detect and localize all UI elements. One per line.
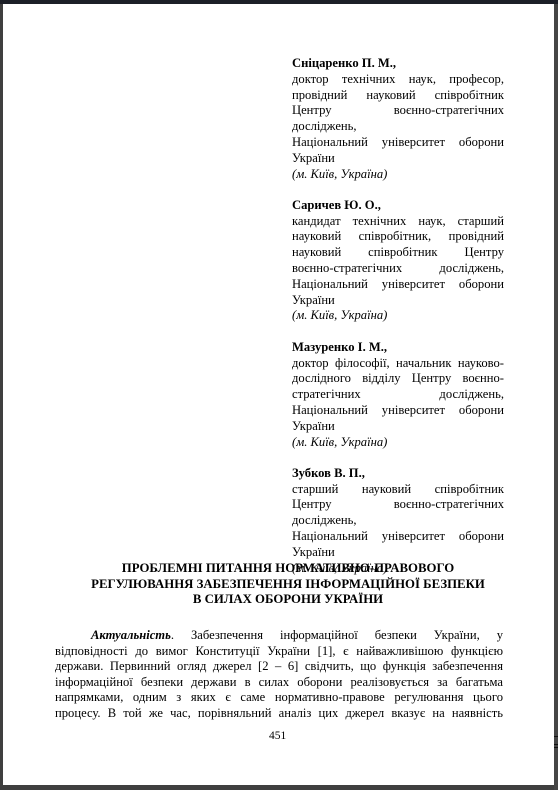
body-line: відповідності до вимог Конституції Украї…	[55, 644, 503, 660]
title-line: ПРОБЛЕМНІ ПИТАННЯ НОРМАТИВНО-ПРАВОВОГО	[63, 561, 513, 577]
author-affiliation-line: науковий співробітник, провідний	[292, 229, 504, 245]
title-line: В СИЛАХ ОБОРОНИ УКРАЇНИ	[63, 592, 513, 608]
author-location: (м. Київ, Україна)	[292, 308, 504, 324]
author-affiliation-line: України	[292, 151, 504, 167]
author-affiliation-line: стратегічних досліджень,	[292, 387, 504, 403]
author-affiliation-line: старший науковий співробітник	[292, 482, 504, 498]
author-affiliation-line: Національний університет оборони	[292, 529, 504, 545]
author-affiliation-line: Національний університет оборони	[292, 277, 504, 293]
author-affiliation-line: провідний науковий співробітник	[292, 88, 504, 104]
author-affiliation-line: доктор філософії, начальник науково-	[292, 356, 504, 372]
author-affiliation-line: України	[292, 545, 504, 561]
scroll-mark	[554, 744, 558, 745]
authors-block: Сніцаренко П. М.,доктор технічних наук, …	[292, 56, 504, 592]
document-page: Сніцаренко П. М.,доктор технічних наук, …	[3, 4, 554, 785]
author-name: Мазуренко І. М.,	[292, 340, 504, 356]
author-location: (м. Київ, Україна)	[292, 435, 504, 451]
page-number: 451	[269, 730, 286, 742]
author-entry: Сніцаренко П. М.,доктор технічних наук, …	[292, 56, 504, 182]
author-affiliation-line: Національний університет оборони	[292, 135, 504, 151]
scroll-mark	[554, 747, 558, 748]
body-line: Актуальність. Забезпечення інформаційної…	[55, 628, 503, 644]
author-name: Зубков В. П.,	[292, 466, 504, 482]
author-affiliation-line: Національний університет оборони	[292, 403, 504, 419]
author-affiliation-line: кандидат технічних наук, старший	[292, 214, 504, 230]
body-line: процесу. В той же час, порівняльний анал…	[55, 706, 503, 722]
author-entry: Зубков В. П.,старший науковий співробітн…	[292, 466, 504, 577]
author-entry: Мазуренко І. М.,доктор філософії, началь…	[292, 340, 504, 451]
author-affiliation-line: дослідного відділу Центру воєнно-	[292, 371, 504, 387]
author-affiliation-line: України	[292, 293, 504, 309]
author-affiliation-line: воєнно-стратегічних досліджень,	[292, 261, 504, 277]
article-title: ПРОБЛЕМНІ ПИТАННЯ НОРМАТИВНО-ПРАВОВОГО Р…	[63, 561, 513, 608]
article-body: Актуальність. Забезпечення інформаційної…	[55, 628, 503, 722]
author-location: (м. Київ, Україна)	[292, 167, 504, 183]
scroll-mark	[554, 736, 558, 737]
author-affiliation-line: науковий співробітник Центру	[292, 245, 504, 261]
author-affiliation-line: досліджень,	[292, 119, 504, 135]
author-entry: Саричев Ю. О.,кандидат технічних наук, с…	[292, 198, 504, 324]
keyword-relevance: Актуальність	[91, 628, 171, 642]
author-affiliation-line: доктор технічних наук, професор,	[292, 72, 504, 88]
author-name: Сніцаренко П. М.,	[292, 56, 504, 72]
author-affiliation-line: Центру воєнно-стратегічних	[292, 103, 504, 119]
author-name: Саричев Ю. О.,	[292, 198, 504, 214]
body-line: держави. Первинний огляд джерел [2 – 6] …	[55, 659, 503, 675]
author-affiliation-line: України	[292, 419, 504, 435]
author-affiliation-line: досліджень,	[292, 513, 504, 529]
author-affiliation-line: Центру воєнно-стратегічних	[292, 497, 504, 513]
title-line: РЕГУЛЮВАННЯ ЗАБЕЗПЕЧЕННЯ ІНФОРМАЦІЙНОЇ Б…	[63, 577, 513, 593]
viewer-scrollbar[interactable]	[554, 4, 558, 790]
body-line: інформаційної безпеки держави в силах об…	[55, 675, 503, 691]
body-line: напрямками, одним з яких є саме норматив…	[55, 690, 503, 706]
